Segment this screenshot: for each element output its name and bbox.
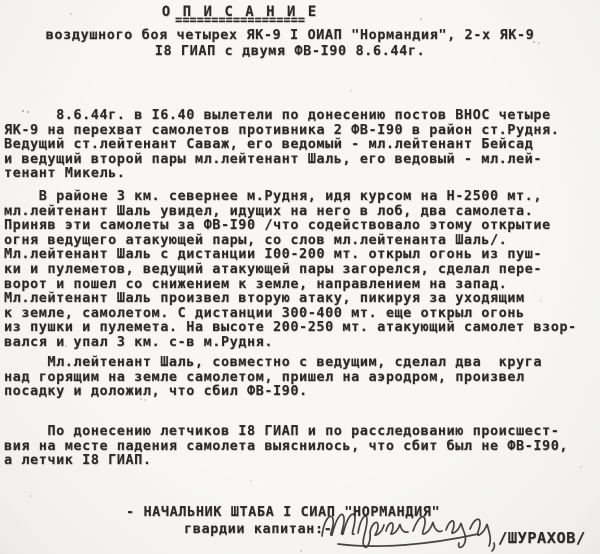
signature-surname-typed: /ШУРАХОВ/ [498, 529, 586, 547]
paragraph-landing-report: Мл.лейтенант Шаль, совместно с ведущим, … [4, 355, 598, 399]
scanned-document-page: О П И С А Н И Е ================== возду… [0, 0, 600, 554]
signature-rank-line: гвардии капитан:- [184, 521, 332, 537]
paper-noise-speckles [0, 0, 2, 2]
paragraph-combat-description: В районе 3 км. севернее м.Рудня, идя кур… [4, 189, 598, 350]
paragraph-investigation-conclusion: По донесению летчиков I8 ГИАП и по рассл… [4, 424, 598, 468]
paragraph-takeoff-report: 8.6.44г. в I6.40 вылетели по донесению п… [4, 108, 598, 181]
document-subtitle: воздушного боя четырех ЯК-9 I ОИАП "Норм… [0, 28, 580, 59]
handwritten-signature [318, 503, 518, 553]
title-underline: ================== [0, 15, 480, 26]
